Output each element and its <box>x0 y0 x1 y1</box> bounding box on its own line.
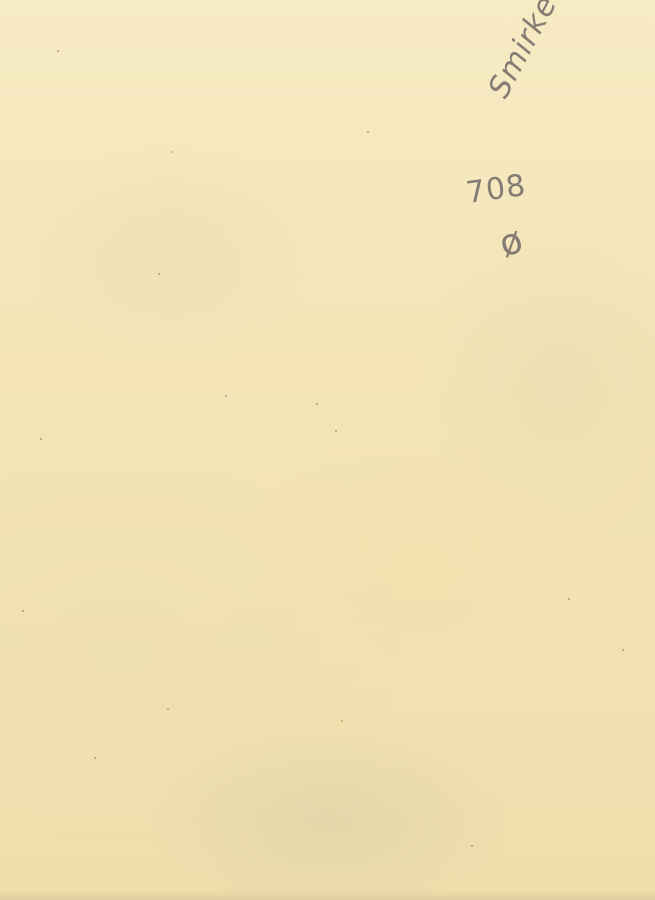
pencil-inscription-number: 708 <box>464 168 529 211</box>
paper-sheet: Smirke 708 ø <box>0 0 655 900</box>
foxing-speck <box>316 403 318 405</box>
paper-bottom-edge <box>0 890 655 900</box>
foxing-speck <box>471 845 473 847</box>
foxing-speck <box>57 50 59 52</box>
foxing-speck <box>341 720 343 722</box>
foxing-speck <box>367 131 369 133</box>
foxing-speck <box>40 438 42 440</box>
foxing-speck <box>568 598 570 600</box>
foxing-speck <box>622 649 624 651</box>
foxing-speck <box>158 273 160 275</box>
foxing-speck <box>225 395 227 397</box>
foxing-speck <box>22 610 24 612</box>
foxing-speck <box>94 757 96 759</box>
foxing-speck <box>167 708 169 710</box>
pencil-inscription-name: Smirke <box>482 0 565 104</box>
pencil-inscription-symbol: ø <box>494 219 530 265</box>
foxing-speck <box>171 151 173 153</box>
foxing-speck <box>335 430 337 432</box>
